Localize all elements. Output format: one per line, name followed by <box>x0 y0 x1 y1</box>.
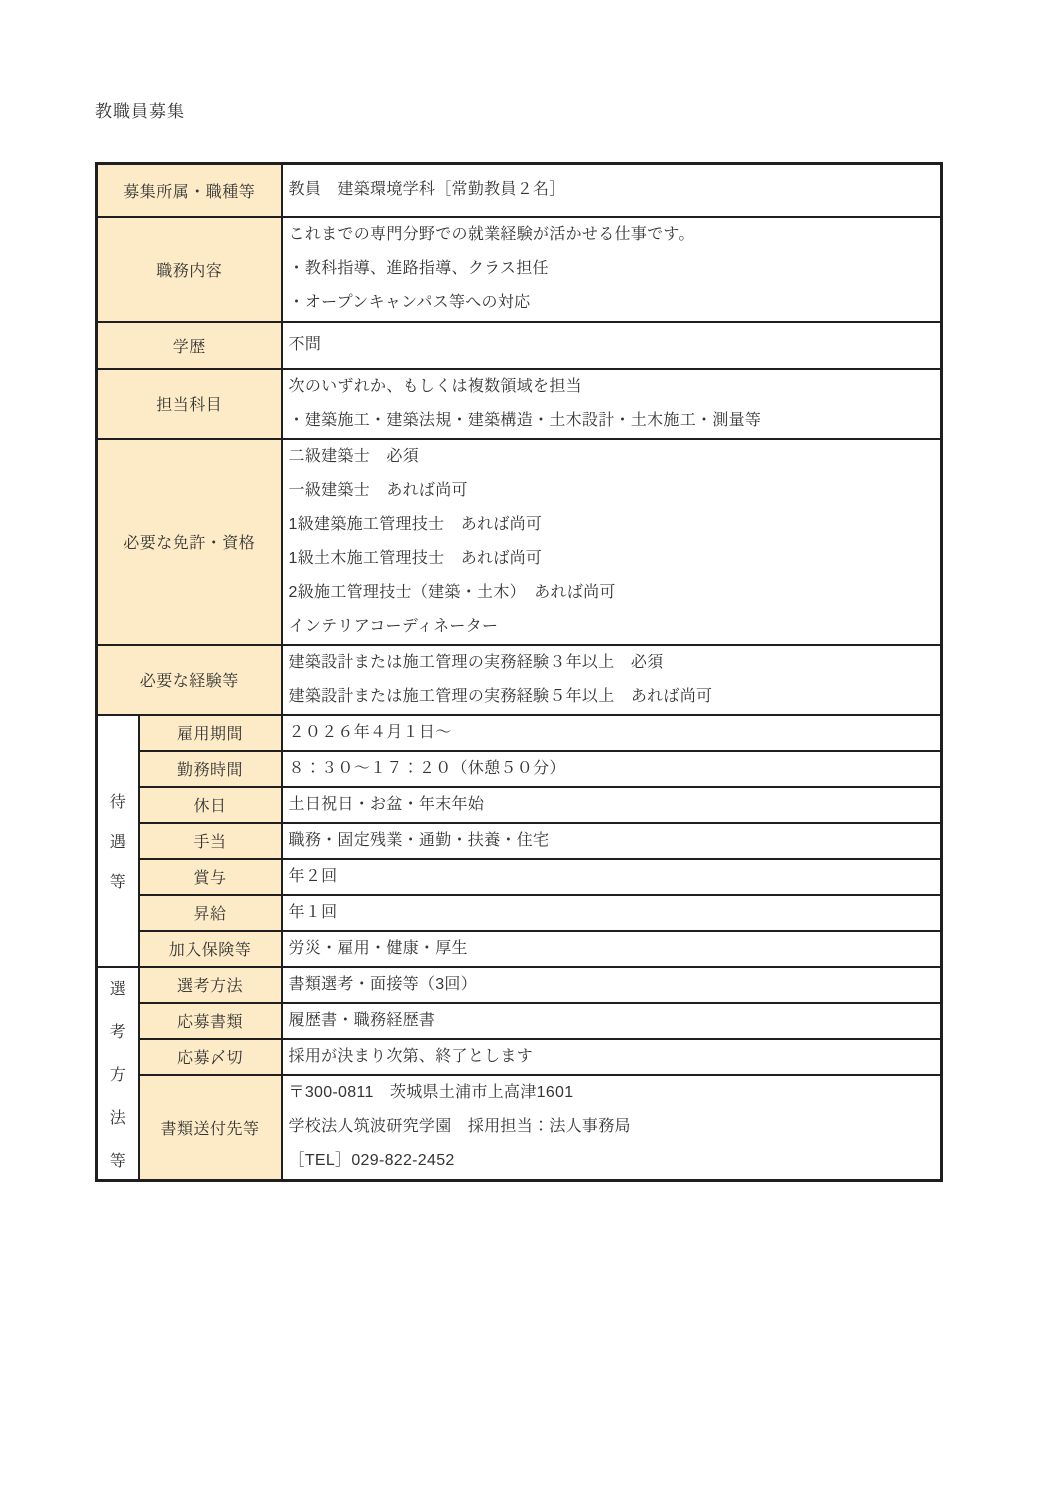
row-content-cell: 不問 <box>282 322 942 369</box>
page-title: 教職員募集 <box>95 97 185 122</box>
row-content-cell: 職務・固定残業・通勤・扶養・住宅 <box>282 823 942 859</box>
content-line: 年２回 <box>289 860 935 894</box>
table-row: 選 考 方 法 等 選考方法 書類選考・面接等（3回） <box>97 967 942 1003</box>
group-vertical-label: 選 考 方 法 等 <box>98 976 138 1171</box>
row-header-cell: 必要な経験等 <box>97 645 282 715</box>
content-line: 二級建築士 必須 <box>289 440 935 474</box>
content-line: 一級建築士 あれば尚可 <box>289 474 935 508</box>
table-row: 賞与 年２回 <box>97 859 942 895</box>
content-line: 学校法人筑波研究学園 採用担当：法人事務局 <box>289 1110 935 1144</box>
row-subheader-cell: 雇用期間 <box>139 715 282 751</box>
group-label-cell-taiguu: 待 遇 等 <box>97 715 139 967</box>
row-content-cell: 年２回 <box>282 859 942 895</box>
row-content-cell: 労災・雇用・健康・厚生 <box>282 931 942 967</box>
table-row: 書類送付先等 〒300-0811 茨城県土浦市上高津1601 学校法人筑波研究学… <box>97 1075 942 1181</box>
table-row: 必要な経験等 建築設計または施工管理の実務経験３年以上 必須 建築設計または施工… <box>97 645 942 715</box>
table-row: 加入保険等 労災・雇用・健康・厚生 <box>97 931 942 967</box>
content-line: ２０２６年４月１日～ <box>289 716 935 750</box>
content-line: これまでの専門分野での就業経験が活かせる仕事です。 <box>289 218 935 252</box>
row-header-cell: 募集所属・職種等 <box>97 164 282 217</box>
row-header-cell: 学歴 <box>97 322 282 369</box>
row-subheader-cell: 休日 <box>139 787 282 823</box>
group-label-cell-senkou: 選 考 方 法 等 <box>97 967 139 1181</box>
group-label-char: 等 <box>110 869 126 892</box>
table-row: 必要な免許・資格 二級建築士 必須 一級建築士 あれば尚可 1級建築施工管理技士… <box>97 439 942 645</box>
group-label-char: 選 <box>110 976 126 999</box>
row-subheader-cell: 応募書類 <box>139 1003 282 1039</box>
row-content-cell: これまでの専門分野での就業経験が活かせる仕事です。 ・教科指導、進路指導、クラス… <box>282 217 942 322</box>
content-line: 履歴書・職務経歴書 <box>289 1004 935 1038</box>
table-row: 待 遇 等 雇用期間 ２０２６年４月１日～ <box>97 715 942 751</box>
row-content-cell: 採用が決まり次第、終了とします <box>282 1039 942 1075</box>
table-row: 学歴 不問 <box>97 322 942 369</box>
content-line: 年１回 <box>289 896 935 930</box>
group-label-char: 法 <box>110 1105 126 1128</box>
row-subheader-cell: 賞与 <box>139 859 282 895</box>
content-line: 建築設計または施工管理の実務経験５年以上 あれば尚可 <box>289 680 935 714</box>
content-line: ・建築施工・建築法規・建築構造・土木設計・土木施工・測量等 <box>289 404 935 438</box>
row-content-cell: 〒300-0811 茨城県土浦市上高津1601 学校法人筑波研究学園 採用担当：… <box>282 1075 942 1181</box>
recruitment-table: 募集所属・職種等 教員 建築環境学科［常勤教員２名］ 職務内容 これまでの専門分… <box>95 162 943 1182</box>
row-content-cell: ２０２６年４月１日～ <box>282 715 942 751</box>
row-subheader-cell: 手当 <box>139 823 282 859</box>
table-row: 手当 職務・固定残業・通勤・扶養・住宅 <box>97 823 942 859</box>
row-content-cell: 年１回 <box>282 895 942 931</box>
table-row: 休日 土日祝日・お盆・年末年始 <box>97 787 942 823</box>
content-line: 教員 建築環境学科［常勤教員２名］ <box>289 173 935 207</box>
content-line: ［TEL］029-822-2452 <box>289 1144 935 1178</box>
table-row: 募集所属・職種等 教員 建築環境学科［常勤教員２名］ <box>97 164 942 217</box>
row-content-cell: 書類選考・面接等（3回） <box>282 967 942 1003</box>
content-line: 不問 <box>289 328 935 362</box>
table-row: 担当科目 次のいずれか、もしくは複数領域を担当 ・建築施工・建築法規・建築構造・… <box>97 369 942 439</box>
row-content-cell: 次のいずれか、もしくは複数領域を担当 ・建築施工・建築法規・建築構造・土木設計・… <box>282 369 942 439</box>
row-content-cell: 建築設計または施工管理の実務経験３年以上 必須 建築設計または施工管理の実務経験… <box>282 645 942 715</box>
row-content-cell: 履歴書・職務経歴書 <box>282 1003 942 1039</box>
content-line: 2級施工管理技士（建築・土木） あれば尚可 <box>289 576 935 610</box>
content-line: 職務・固定残業・通勤・扶養・住宅 <box>289 824 935 858</box>
group-label-char: 待 <box>110 789 126 812</box>
row-content-cell: 二級建築士 必須 一級建築士 あれば尚可 1級建築施工管理技士 あれば尚可 1級… <box>282 439 942 645</box>
group-vertical-label: 待 遇 等 <box>98 789 138 892</box>
table-row: 職務内容 これまでの専門分野での就業経験が活かせる仕事です。 ・教科指導、進路指… <box>97 217 942 322</box>
document-page: 教職員募集 募集所属・職種等 教員 建築環境学科［常勤教員２名］ 職務内容 これ… <box>0 0 1058 1497</box>
row-content-cell: 土日祝日・お盆・年末年始 <box>282 787 942 823</box>
row-subheader-cell: 書類送付先等 <box>139 1075 282 1181</box>
row-header-cell: 担当科目 <box>97 369 282 439</box>
content-line: 土日祝日・お盆・年末年始 <box>289 788 935 822</box>
row-header-cell: 職務内容 <box>97 217 282 322</box>
row-subheader-cell: 勤務時間 <box>139 751 282 787</box>
content-line: 労災・雇用・健康・厚生 <box>289 932 935 966</box>
content-line: ・オープンキャンパス等への対応 <box>289 286 935 320</box>
row-subheader-cell: 昇給 <box>139 895 282 931</box>
content-line: ８：３０～１７：２０（休憩５０分） <box>289 752 935 786</box>
table-row: 応募書類 履歴書・職務経歴書 <box>97 1003 942 1039</box>
content-line: 採用が決まり次第、終了とします <box>289 1040 935 1074</box>
group-label-char: 方 <box>110 1062 126 1085</box>
row-subheader-cell: 加入保険等 <box>139 931 282 967</box>
row-header-cell: 必要な免許・資格 <box>97 439 282 645</box>
row-subheader-cell: 選考方法 <box>139 967 282 1003</box>
content-line: 次のいずれか、もしくは複数領域を担当 <box>289 370 935 404</box>
group-label-char: 遇 <box>110 829 126 852</box>
group-label-char: 等 <box>110 1148 126 1171</box>
table-row: 応募〆切 採用が決まり次第、終了とします <box>97 1039 942 1075</box>
content-line: 建築設計または施工管理の実務経験３年以上 必須 <box>289 646 935 680</box>
table-row: 昇給 年１回 <box>97 895 942 931</box>
row-content-cell: 教員 建築環境学科［常勤教員２名］ <box>282 164 942 217</box>
content-line: 1級土木施工管理技士 あれば尚可 <box>289 542 935 576</box>
table-row: 勤務時間 ８：３０～１７：２０（休憩５０分） <box>97 751 942 787</box>
row-content-cell: ８：３０～１７：２０（休憩５０分） <box>282 751 942 787</box>
content-line: インテリアコーディネーター <box>289 610 935 644</box>
content-line: 1級建築施工管理技士 あれば尚可 <box>289 508 935 542</box>
content-line: ・教科指導、進路指導、クラス担任 <box>289 252 935 286</box>
content-line: 〒300-0811 茨城県土浦市上高津1601 <box>289 1076 935 1110</box>
row-subheader-cell: 応募〆切 <box>139 1039 282 1075</box>
group-label-char: 考 <box>110 1019 126 1042</box>
content-line: 書類選考・面接等（3回） <box>289 968 935 1002</box>
